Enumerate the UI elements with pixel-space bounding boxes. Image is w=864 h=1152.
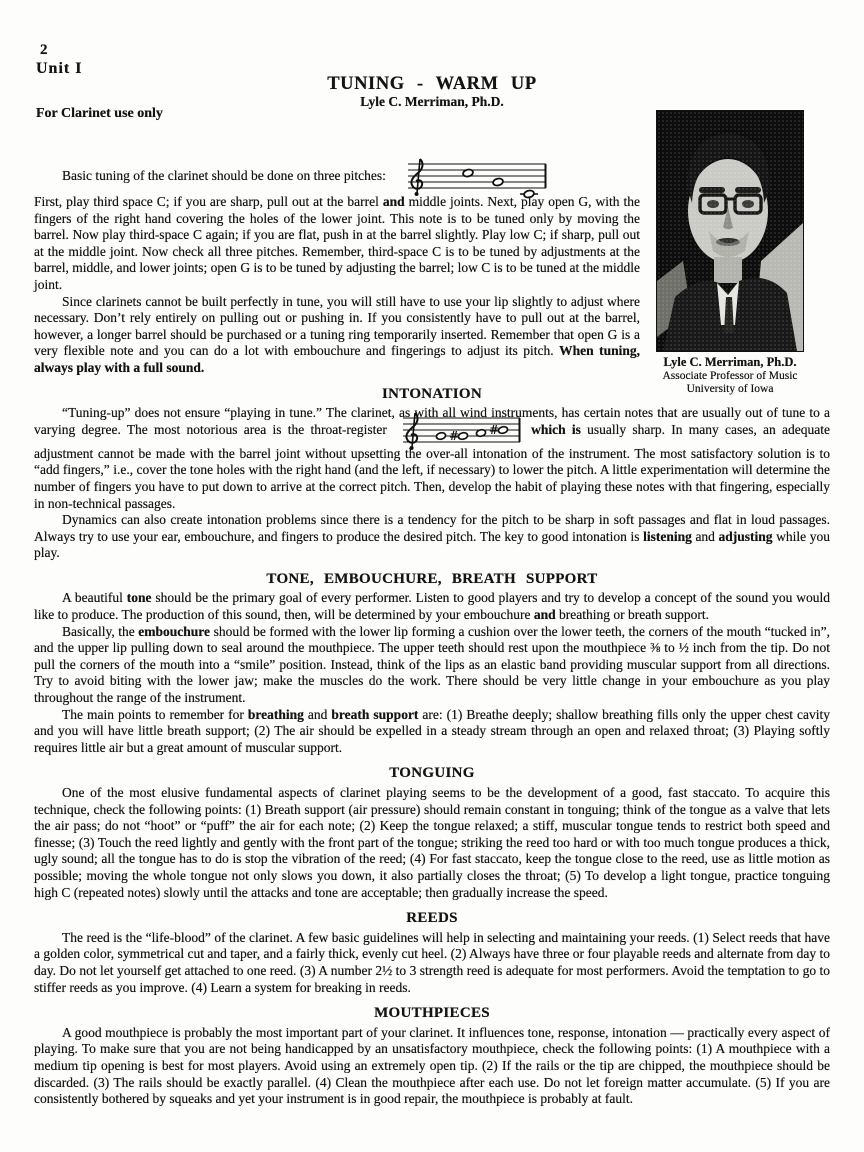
page-number: 2 xyxy=(40,42,48,59)
intro-paragraph-2: Since clarinets cannot be built perfectl… xyxy=(34,294,640,377)
treble-clef-icon xyxy=(406,413,417,450)
sharp-sign-icon: # xyxy=(449,429,459,443)
reeds-paragraph-1: The reed is the “life-blood” of the clar… xyxy=(34,930,830,996)
document-page: 2 Unit I TUNING - WARM UP Lyle C. Merrim… xyxy=(0,0,864,1152)
treble-clef-icon xyxy=(411,159,422,196)
section-reeds: REEDS The reed is the “life-blood” of th… xyxy=(34,910,830,996)
unit-label: Unit I xyxy=(36,61,82,78)
section-intonation: INTONATION “Tuning-up” does not ensure “… xyxy=(34,386,830,562)
reeds-heading: REEDS xyxy=(34,910,830,927)
tone-paragraph-3: The main points to remember for breathin… xyxy=(34,707,830,757)
section-mouthpieces: MOUTHPIECES A good mouthpiece is probabl… xyxy=(34,1005,830,1108)
sharp-sign-icon: # xyxy=(489,423,499,437)
caption-title: Associate Professor of Music xyxy=(644,370,816,384)
svg-text:#: # xyxy=(489,423,499,437)
mouthpieces-paragraph-1: A good mouthpiece is probably the most i… xyxy=(34,1025,830,1108)
throat-register-staff-notation: # # xyxy=(391,410,523,450)
tone-heading: TONE, EMBOUCHURE, BREATH SUPPORT xyxy=(34,571,830,588)
intro-lead-line: Basic tuning of the clarinet should be d… xyxy=(34,168,640,194)
whole-note-g-sharp xyxy=(458,432,468,440)
svg-text:#: # xyxy=(449,429,459,443)
author-photo-block: Lyle C. Merriman, Ph.D. Associate Profes… xyxy=(644,110,816,397)
clarinet-only-note: For Clarinet use only xyxy=(36,106,163,123)
portrait-illustration xyxy=(657,111,803,351)
intonation-paragraph-2: Dynamics can also create intonation prob… xyxy=(34,512,830,562)
tone-paragraph-1: A beautiful tone should be the primary g… xyxy=(34,590,830,623)
section-tonguing: TONGUING One of the most elusive fundame… xyxy=(34,765,830,901)
portrait-photo xyxy=(656,110,804,352)
whole-note-open-g xyxy=(492,177,503,186)
caption-school: University of Iowa xyxy=(644,383,816,397)
caption-name: Lyle C. Merriman, Ph.D. xyxy=(644,356,816,370)
tonguing-heading: TONGUING xyxy=(34,765,830,782)
mouthpieces-heading: MOUTHPIECES xyxy=(34,1005,830,1022)
intonation-paragraph-1: “Tuning-up” does not ensure “playing in … xyxy=(34,405,830,512)
section-tone: TONE, EMBOUCHURE, BREATH SUPPORT A beaut… xyxy=(34,571,830,757)
photo-caption: Lyle C. Merriman, Ph.D. Associate Profes… xyxy=(644,356,816,397)
intro-lead-text: Basic tuning of the clarinet should be d… xyxy=(62,168,386,183)
intro-paragraph-1: First, play third space C; if you are sh… xyxy=(34,194,640,294)
page-title: TUNING - WARM UP xyxy=(34,42,830,93)
intro-section: Basic tuning of the clarinet should be d… xyxy=(34,168,830,377)
tonguing-paragraph-1: One of the most elusive fundamental aspe… xyxy=(34,785,830,901)
whole-note-g xyxy=(436,432,446,440)
tone-paragraph-2: Basically, the embouchure should be form… xyxy=(34,624,830,707)
whole-note-b-flat xyxy=(498,426,508,434)
